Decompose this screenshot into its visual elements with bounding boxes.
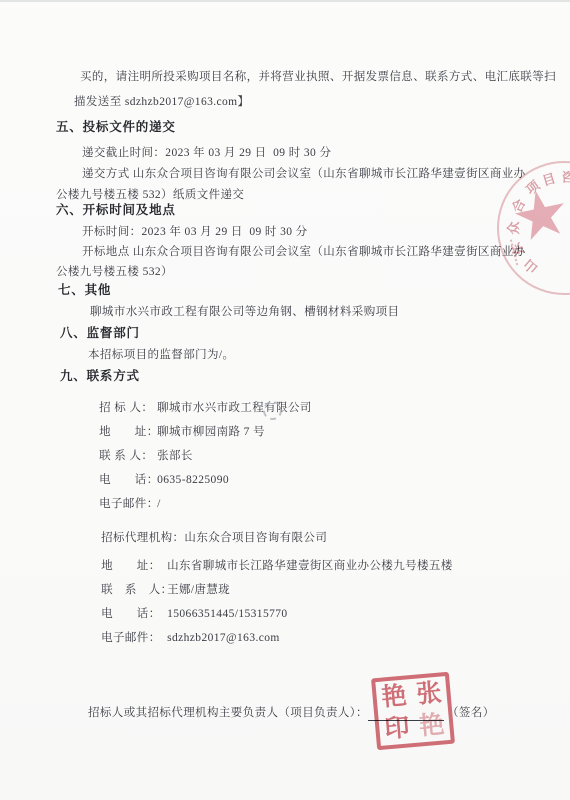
intro-line-1: 买的，请注明所投采购项目名称，并将营业执照、开据发票信息、联系方式、电汇底联等扫 [80,70,556,84]
section9-heading: 九、联系方式 [60,369,140,383]
seal-star-icon [510,185,570,247]
section5-method-line1: 递交方式 山东众合项目咨询有限公司会议室（山东省聊城市长江路华建壹街区商业办 [82,167,526,181]
agency-email-row: 电子邮件：sdzhzb2017@163.com [88,617,280,657]
phone-value: 0635-8225090 [157,474,229,486]
section8-heading: 八、监督部门 [60,326,140,340]
section6-place-line2: 公楼九号楼五楼 532） [56,265,173,279]
intro-line-2: 描发送至 sdzhzb2017@163.com】 [74,95,249,109]
email-label: 电子邮件： [99,495,157,511]
seal-arc-char: 目 [540,171,557,188]
section7-content: 聊城市水兴市政工程有限公司等边角钢、槽钢材料采购项目 [90,305,399,319]
scanned-tender-document-page: 买的，请注明所投采购项目名称，并将营业执照、开据发票信息、联系方式、电汇底联等扫… [0,0,570,800]
seal-char-tl: 艳 [381,683,408,710]
seal-arc-char: 山 [521,256,541,276]
agency-email-label: 电子邮件： [101,629,167,645]
scan-edge-artifact [0,0,570,2]
section6-place-line1: 开标地点 山东众合项目咨询有限公司会议室（山东省聊城市长江路华建壹街区商业办 [82,245,526,259]
agency-label: 招标代理机构： [101,532,184,544]
section8-content: 本招标项目的监督部门为/。 [88,348,234,362]
seal-arc-char: 咨 [560,170,570,185]
section6-time: 开标时间：2023 年 03 月 29 日 09 时 30 分 [82,225,308,239]
signature-suffix: （签名） [447,706,495,720]
section7-heading: 七、其他 [58,283,111,297]
square-name-seal: 艳 张 印 艳 [371,672,455,751]
seal-char-br: 艳 [418,712,445,739]
seal-char-tr: 张 [415,680,442,707]
section5-method-line2: 公楼九号楼五楼 532）纸质文件递交 [56,188,244,202]
agency-value: 山东众合项目咨询有限公司 [184,532,327,544]
section5-deadline: 递交截止时间：2023 年 03 月 29 日 09 时 30 分 [82,146,331,160]
signature-label: 招标人或其招标代理机构主要负责人（项目负责人）： [88,706,368,720]
section6-heading: 六、开标时间及地点 [56,203,176,217]
email-value: / [157,498,161,510]
section5-heading: 五、投标文件的递交 [56,120,176,134]
round-company-seal: 山 东 众 合 项 目 咨 询 有 [497,161,570,295]
agency-email-value: sdzhzb2017@163.com [167,632,280,644]
seal-arc-char: 项 [523,178,543,198]
seal-arc-char: 众 [507,221,521,235]
seal-char-bl: 印 [383,715,410,742]
